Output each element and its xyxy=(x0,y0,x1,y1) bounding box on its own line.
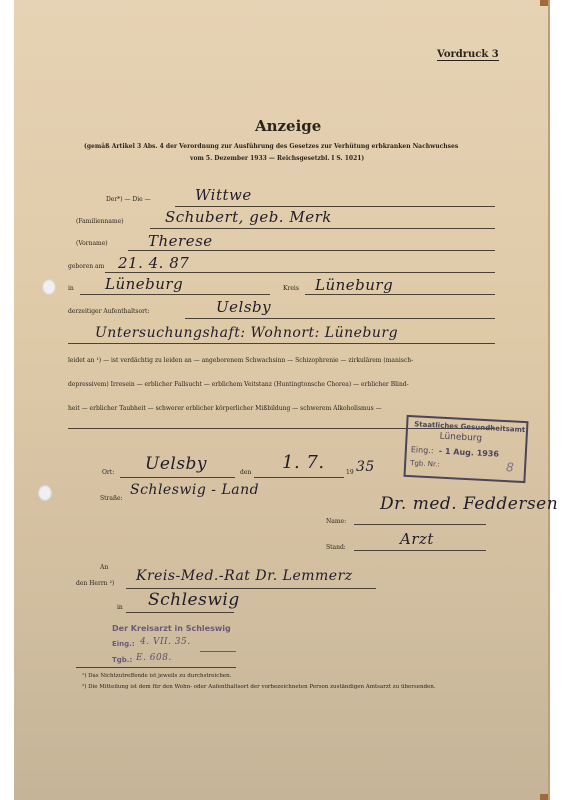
stand-value: Arzt xyxy=(400,530,434,548)
field-line xyxy=(175,206,495,207)
stamp-eing-value: - 1 Aug. 1936 xyxy=(439,447,500,459)
subtitle-line2: vom 5. Dezember 1933 — Reichsgesetzbl. I… xyxy=(190,155,364,162)
geboren-value: 21. 4. 87 xyxy=(118,254,189,272)
field-line xyxy=(68,343,495,344)
field-line xyxy=(80,294,270,295)
familienname-label: (Familienname) xyxy=(76,218,124,225)
diagnosis-line1: leidet an ¹) — ist verdächtig zu leiden … xyxy=(68,357,413,364)
diagnosis-line2: depressivem) Irresein — erblicher Fallsu… xyxy=(68,381,409,388)
field-line xyxy=(150,228,495,229)
footnote-divider xyxy=(76,667,236,668)
field-line xyxy=(354,524,486,525)
field-line xyxy=(354,550,486,551)
kreis-label: Kreis xyxy=(283,285,299,292)
kreis-value: Lüneburg xyxy=(315,276,393,294)
stand-label: Stand: xyxy=(326,544,346,551)
field-line xyxy=(185,318,495,319)
punch-hole xyxy=(42,279,56,295)
stamp-eing-label: Eing.: xyxy=(411,445,434,455)
kreisarzt-eing-value: 4. VII. 35. xyxy=(140,637,191,647)
name-value: Dr. med. Feddersen xyxy=(380,494,558,514)
page-title: Anzeige xyxy=(255,117,321,135)
stamp-tgb-label: Tgb. Nr.: xyxy=(410,459,440,469)
recipient-in-value: Schleswig xyxy=(148,590,240,610)
subtitle-line1: (gemäß Artikel 3 Abs. 4 der Verordnung z… xyxy=(84,143,458,150)
field-line xyxy=(254,477,344,478)
stamp-line2: Lüneburg xyxy=(439,432,482,444)
diagnosis-line3: heit — erblicher Taubheit — schwerer erb… xyxy=(68,405,382,412)
field-line xyxy=(305,294,495,295)
field-line xyxy=(120,477,235,478)
paper-corner xyxy=(540,0,548,6)
field-line xyxy=(128,250,495,251)
der-die-label: Der*) — Die — xyxy=(106,196,151,203)
herrn-label: den Herrn ²) xyxy=(76,580,114,587)
field-line xyxy=(200,651,236,652)
form-number: Vordruck 3 xyxy=(437,49,499,61)
footnote-1: ¹) Das Nichtzutreffende ist jeweils zu d… xyxy=(82,673,231,679)
herrn-value: Kreis-Med.-Rat Dr. Lemmerz xyxy=(136,568,353,584)
aufenthalt-label: derzeitiger Aufenthaltsort: xyxy=(68,308,149,315)
stamp-tgb-value: 8 xyxy=(506,460,514,474)
geboren-label: geboren am xyxy=(68,263,104,270)
aufenthalt-value2: Untersuchungshaft: Wohnort: Lüneburg xyxy=(95,325,398,341)
strasse-value: Schleswig - Land xyxy=(130,482,259,498)
vorname-value: Therese xyxy=(148,232,213,250)
field-line xyxy=(126,588,376,589)
strasse-label: Straße: xyxy=(100,495,123,502)
aufenthalt-value: Uelsby xyxy=(216,298,271,316)
familienname-value: Schubert, geb. Merk xyxy=(165,208,332,226)
den-value: 1. 7. xyxy=(282,452,325,473)
name-label: Name: xyxy=(326,518,346,525)
ort-label: Ort: xyxy=(102,469,114,476)
ort-value: Uelsby xyxy=(145,454,207,474)
kreisarzt-stamp-line1: Der Kreisarzt in Schleswig xyxy=(112,624,231,633)
stamp-line1: Staatliches Gesundheitsamt xyxy=(414,420,525,434)
year-prefix: 19 xyxy=(346,469,354,476)
scan-margin xyxy=(550,0,566,800)
field-line xyxy=(126,612,234,613)
vorname-label: (Vorname) xyxy=(76,240,108,247)
in-label: in xyxy=(68,285,74,292)
field-line xyxy=(105,272,495,273)
punch-hole xyxy=(38,485,52,501)
paper-corner xyxy=(540,794,548,800)
kreisarzt-tgb-value: E. 608. xyxy=(136,653,172,663)
an-label: An xyxy=(100,564,108,571)
health-office-stamp: Staatliches Gesundheitsamt Lüneburg Eing… xyxy=(403,415,528,483)
footnote-2: ²) Die Mitteilung ist dem für den Wohn- … xyxy=(82,684,436,690)
in-value: Lüneburg xyxy=(105,275,183,293)
kreisarzt-eing-label: Eing.: xyxy=(112,640,135,648)
year-value: 35 xyxy=(356,459,375,475)
der-die-value: Wittwe xyxy=(195,186,252,204)
kreisarzt-tgb-label: Tgb.: xyxy=(112,656,132,664)
den-label: den xyxy=(240,469,251,476)
recipient-in-label: in xyxy=(117,604,123,611)
